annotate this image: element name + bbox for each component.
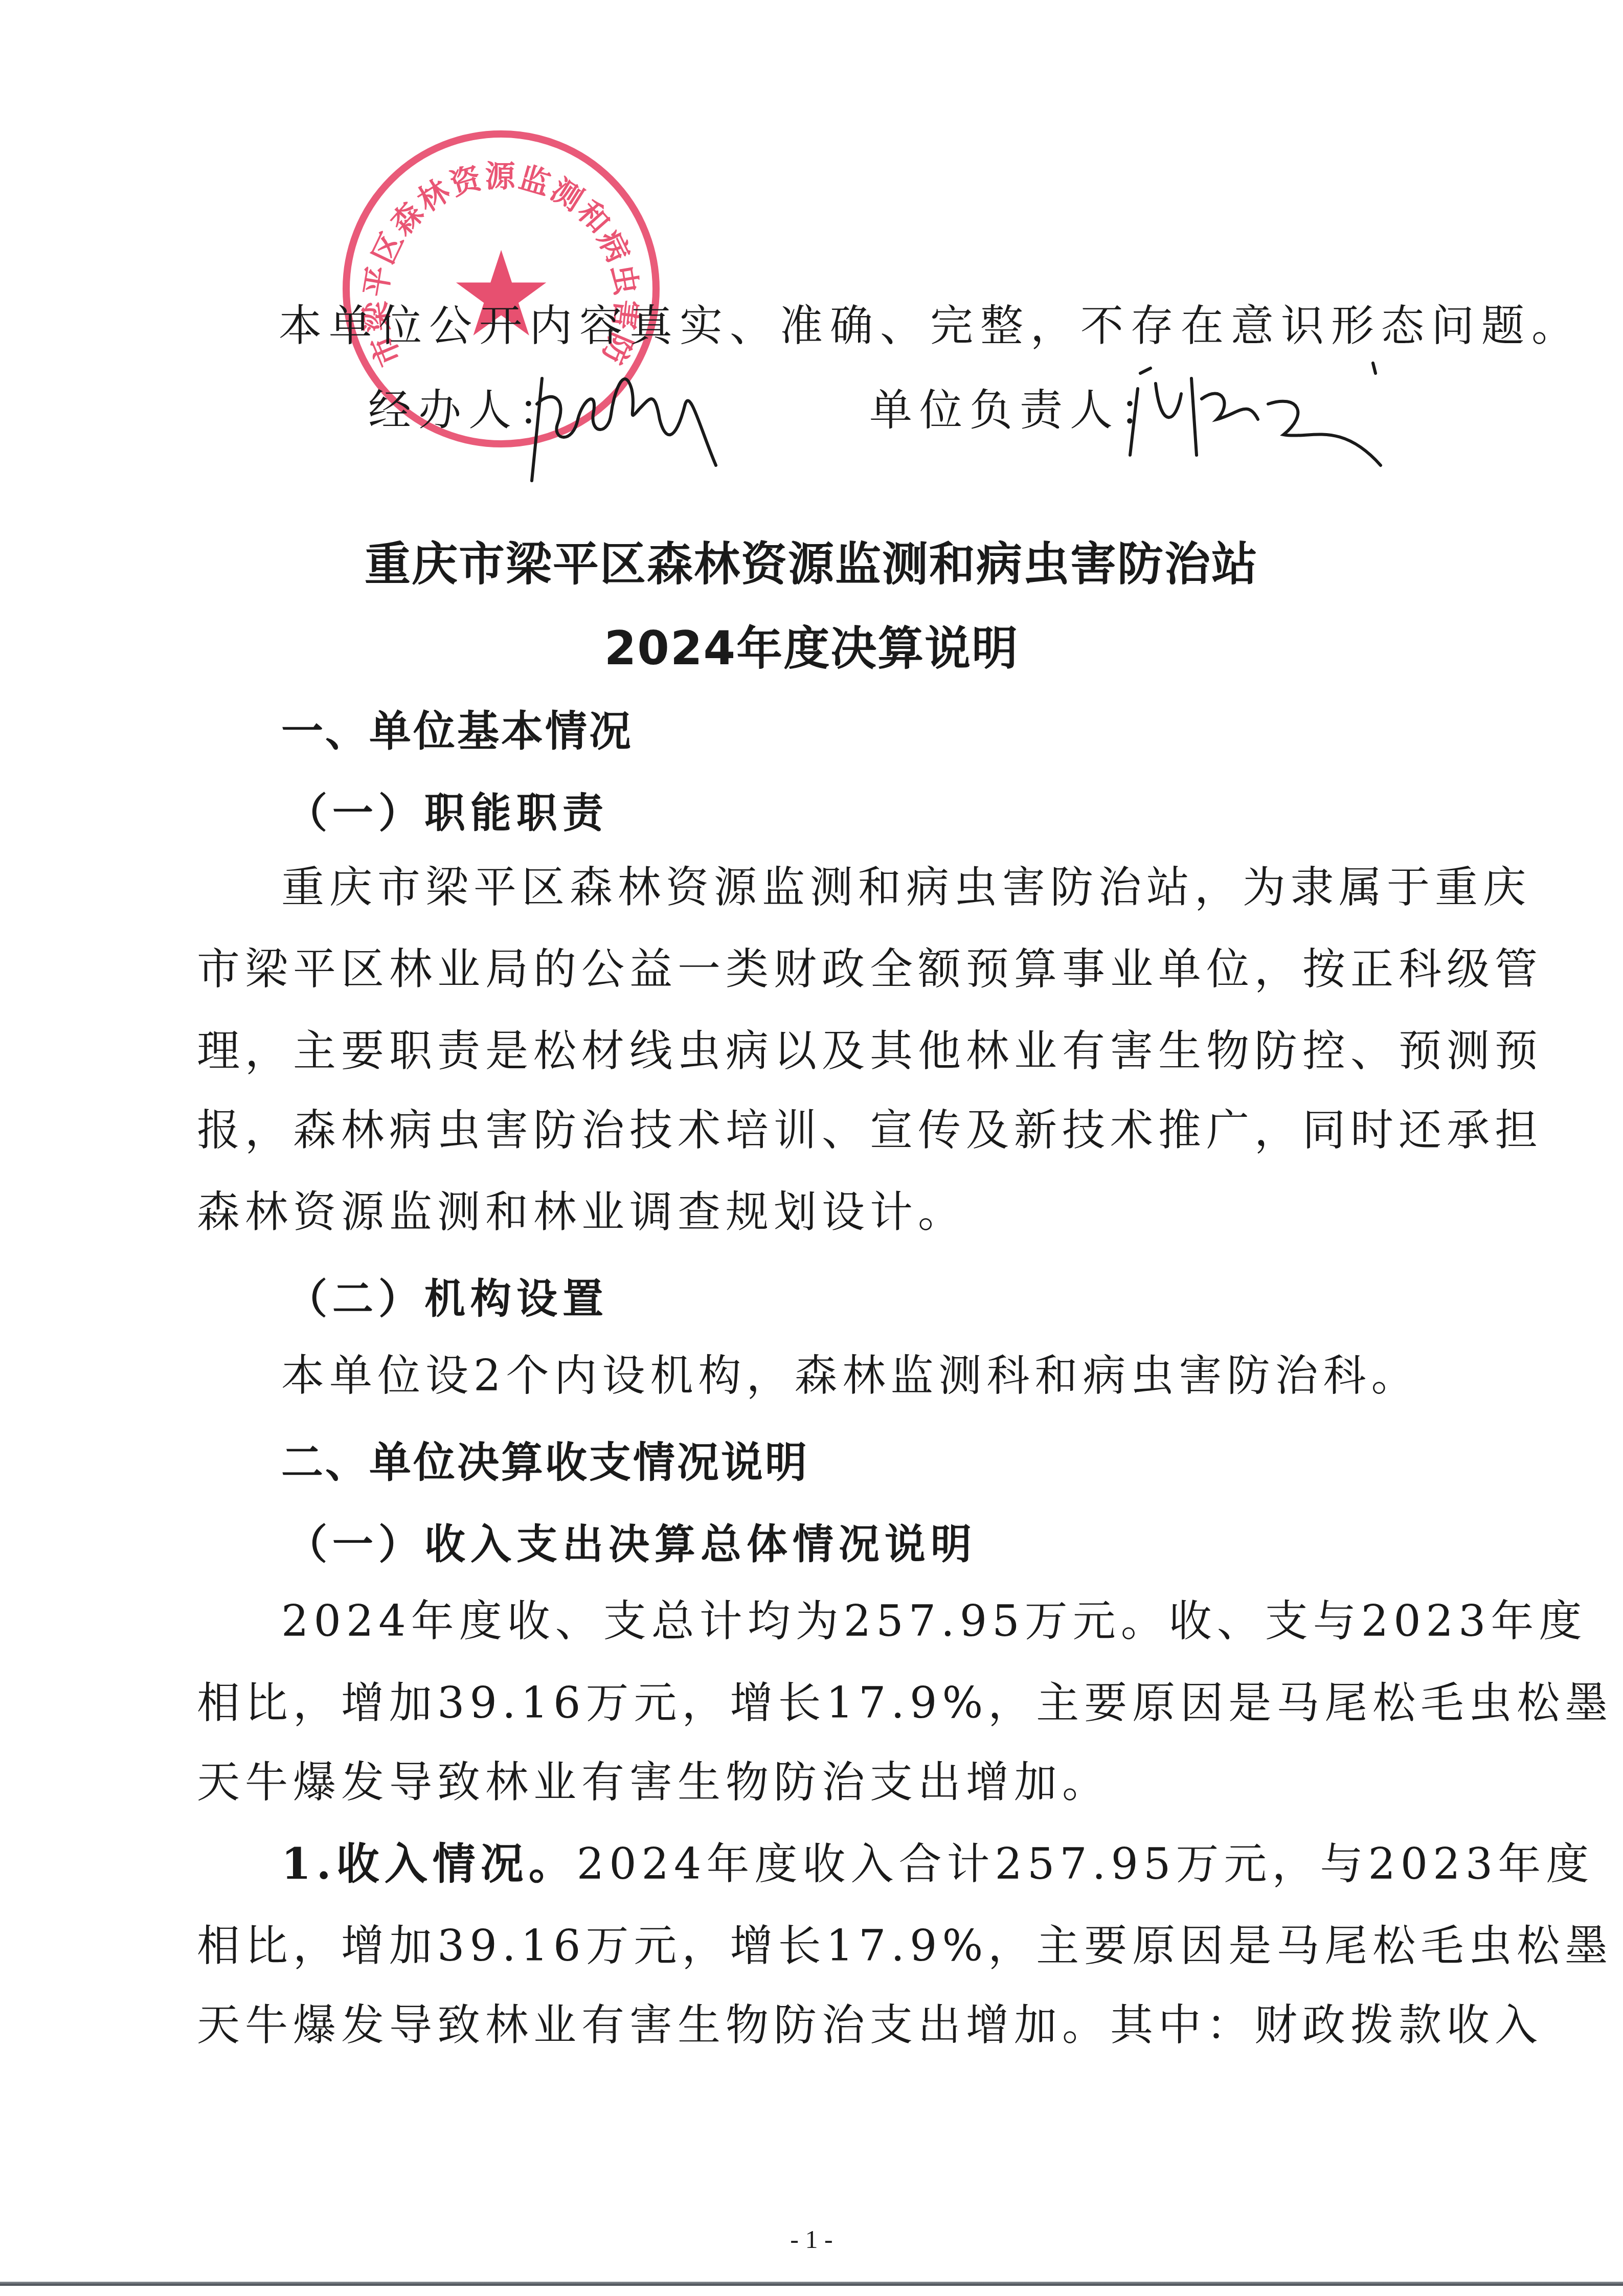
page-number: - 1 - bbox=[0, 2224, 1623, 2254]
income-lead: 1.收入情况。 bbox=[281, 1838, 577, 1889]
subsection-heading-organization: （二）机构设置 bbox=[286, 1266, 608, 1324]
scan-edge bbox=[0, 2282, 1623, 2286]
paragraph-line: 理，主要职责是松材线虫病以及其他林业有害生物防控、预测预 bbox=[197, 1020, 1424, 1082]
section-heading-revenue-expenditure: 二、单位决算收支情况说明 bbox=[281, 1429, 809, 1489]
document-title-line1: 重庆市梁平区森林资源监测和病虫害防治站 bbox=[0, 527, 1623, 593]
handler-signature bbox=[522, 358, 736, 491]
paragraph-line: 报，森林病虫害防治技术培训、宣传及新技术推广，同时还承担 bbox=[197, 1099, 1424, 1161]
paragraph-line: 市梁平区林业局的公益一类财政全额预算事业单位，按正科级管 bbox=[197, 938, 1424, 1000]
paragraph-line: 森林资源监测和林业调查规划设计。 bbox=[197, 1181, 1424, 1243]
paragraph-line: 相比，增加39.16万元，增长17.9%，主要原因是马尾松毛虫松墨 bbox=[197, 1915, 1424, 1976]
paragraph-line: 天牛爆发导致林业有害生物防治支出增加。 bbox=[197, 1751, 1424, 1813]
subsection-heading-overall: （一）收入支出决算总体情况说明 bbox=[286, 1511, 977, 1570]
subsection-heading-functions: （一）职能职责 bbox=[286, 780, 608, 839]
paragraph-line: 2024年度收、支总计均为257.95万元。收、支与2023年度 bbox=[281, 1590, 1508, 1652]
unit-head-signature bbox=[1115, 353, 1401, 476]
paragraph-line-income: 1.收入情况。2024年度收入合计257.95万元，与2023年度 bbox=[281, 1833, 1508, 1895]
paragraph-line: 相比，增加39.16万元，增长17.9%，主要原因是马尾松毛虫松墨 bbox=[197, 1672, 1424, 1734]
paragraph-line: 本单位设2个内设机构，森林监测科和病虫害防治科。 bbox=[281, 1345, 1508, 1406]
paragraph-line: 天牛爆发导致林业有害生物防治支出增加。其中：财政拨款收入 bbox=[197, 1994, 1424, 2056]
paragraph-line: 重庆市梁平区森林资源监测和病虫害防治站，为隶属于重庆 bbox=[281, 857, 1508, 918]
document-title-line2: 2024年度决算说明 bbox=[0, 611, 1623, 678]
declaration-statement: 本单位公开内容真实、准确、完整，不存在意识形态问题。 bbox=[279, 291, 1582, 353]
section-heading-basic-info: 一、单位基本情况 bbox=[281, 698, 633, 758]
income-text: 2024年度收入合计257.95万元，与2023年度 bbox=[577, 1839, 1594, 1889]
